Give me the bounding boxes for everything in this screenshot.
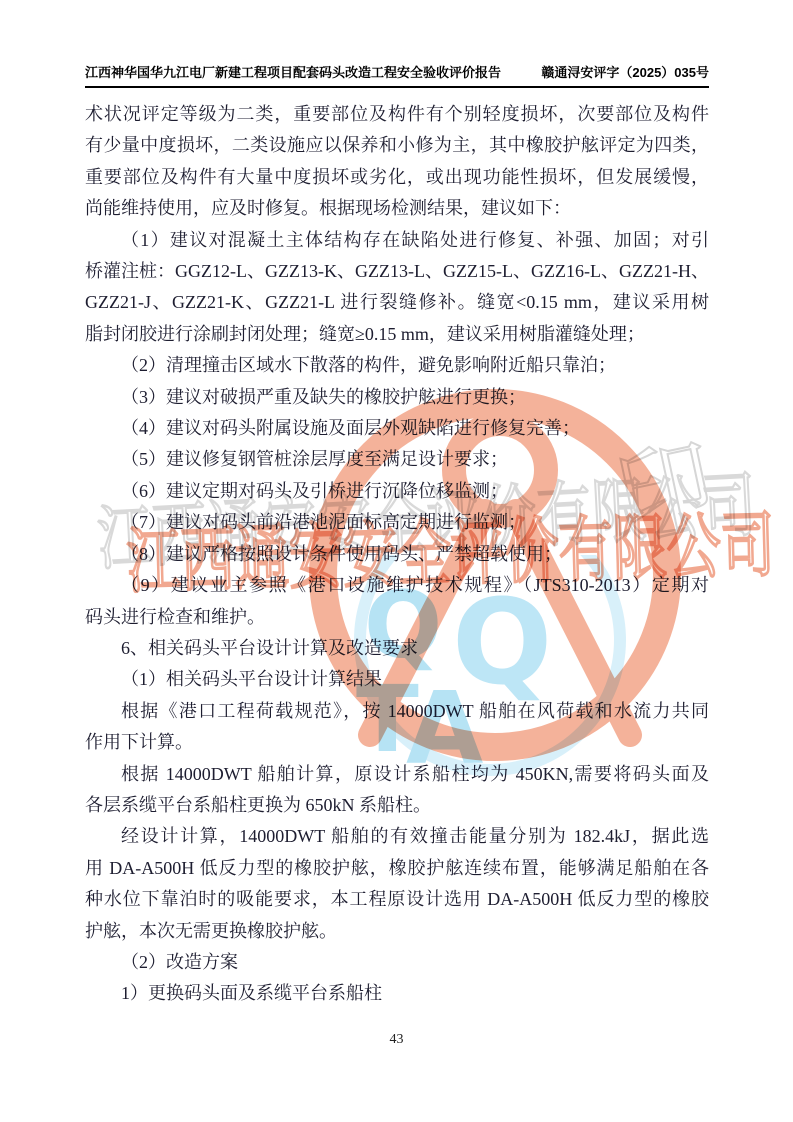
text-line: 种水位下靠泊时的吸能要求，本工程原设计选用 DA-A500H 低反力型的橡胶 <box>85 884 709 915</box>
text-line: 尚能维持使用，应及时修复。根据现场检测结果，建议如下： <box>85 193 709 224</box>
text-line: （7）建议对码头前沿港池泥面标高定期进行监测； <box>85 507 709 538</box>
text-line: （4）建议对码头附属设施及面层外观缺陷进行修复完善； <box>85 413 709 444</box>
text-line: 重要部位及构件有大量中度损坏或劣化，或出现功能性损坏，但发展缓慢， <box>85 162 709 193</box>
text-line: 桥灌注桩：GGZ12-L、GZZ13-K、GZZ13-L、GZZ15-L、GZZ… <box>85 256 709 287</box>
text-line: GZZ21-J、GZZ21-K、GZZ21-L 进行裂缝修补。缝宽<0.15 m… <box>85 287 709 318</box>
text-line: 6、相关码头平台设计计算及改造要求 <box>85 633 709 664</box>
document-page: 江西神华国华九江电厂新建工程项目配套码头改造工程安全验收评价报告 赣通浔安评字（… <box>0 0 793 1122</box>
text-line: （5）建议修复钢管桩涂层厚度至满足设计要求； <box>85 444 709 475</box>
text-line: 根据《港口工程荷载规范》，按 14000DWT 船舶在风荷载和水流力共同 <box>85 696 709 727</box>
text-line: 脂封闭胶进行涂刷封闭处理；缝宽≥0.15 mm，建议采用树脂灌缝处理； <box>85 319 709 350</box>
page-number: 43 <box>0 1032 793 1048</box>
text-line: （3）建议对破损严重及缺失的橡胶护舷进行更换； <box>85 382 709 413</box>
text-line: 术状况评定等级为二类，重要部位及构件有个别轻度损坏，次要部位及构件 <box>85 99 709 130</box>
text-line: 经设计计算，14000DWT 船舶的有效撞击能量分别为 182.4kJ，据此选 <box>85 821 709 852</box>
text-line: 用 DA-A500H 低反力型的橡胶护舷，橡胶护舷连续布置，能够满足船舶在各 <box>85 853 709 884</box>
body-text: 术状况评定等级为二类，重要部位及构件有个别轻度损坏，次要部位及构件有少量中度损坏… <box>85 99 709 1010</box>
text-line: （2）改造方案 <box>85 947 709 978</box>
text-line: 1）更换码头面及系缆平台系船柱 <box>85 978 709 1009</box>
text-line: 根据 14000DWT 船舶计算，原设计系船柱均为 450KN,需要将码头面及 <box>85 759 709 790</box>
text-line: 作用下计算。 <box>85 727 709 758</box>
text-line: （8）建议严格按照设计条件使用码头、严禁超载使用； <box>85 539 709 570</box>
text-line: （1）相关码头平台设计计算结果 <box>85 664 709 695</box>
header-title: 江西神华国华九江电厂新建工程项目配套码头改造工程安全验收评价报告 <box>85 62 501 81</box>
text-line: 护舷，本次无需更换橡胶护舷。 <box>85 916 709 947</box>
text-line: 有少量中度损坏，二类设施应以保养和小修为主，其中橡胶护舷评定为四类， <box>85 130 709 161</box>
text-line: （9）建议业主参照《港口设施维护技术规程》（JTS310-2013）定期对 <box>85 570 709 601</box>
text-line: （1）建议对混凝土主体结构存在缺陷处进行修复、补强、加固；对引 <box>85 225 709 256</box>
text-line: 码头进行检查和维护。 <box>85 602 709 633</box>
text-line: 各层系缆平台系船柱更换为 650kN 系船柱。 <box>85 790 709 821</box>
text-line: （6）建议定期对码头及引桥进行沉降位移监测； <box>85 476 709 507</box>
text-line: （2）清理撞击区域水下散落的构件，避免影响附近船只靠泊； <box>85 350 709 381</box>
page-header: 江西神华国华九江电厂新建工程项目配套码头改造工程安全验收评价报告 赣通浔安评字（… <box>85 62 709 88</box>
header-doc-number: 赣通浔安评字（2025）035号 <box>541 62 709 81</box>
